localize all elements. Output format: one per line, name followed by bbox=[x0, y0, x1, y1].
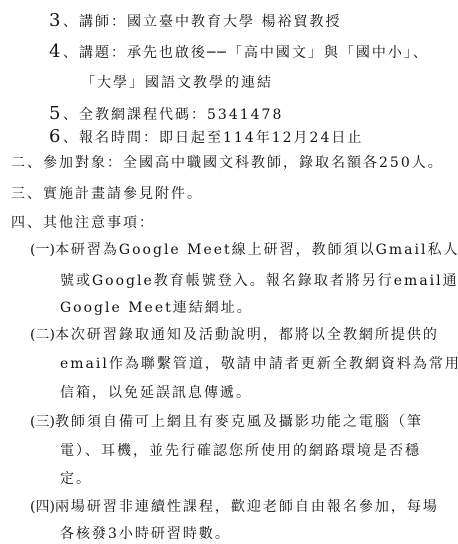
note-text: 信箱，以免延誤訊息傳遞。 bbox=[60, 385, 252, 401]
note-text: 教師須自備可上網且有麥克風及攝影功能之電腦（筆 bbox=[55, 414, 423, 430]
note-3-line-2: 電）、耳機，並先行確認您所使用的網路環境是否穩 bbox=[60, 441, 421, 461]
note-marker: (四) bbox=[30, 499, 55, 515]
note-marker: (一) bbox=[30, 242, 55, 258]
item-text: 、講題：承先也啟後──「高中國文」與「國中小」、 bbox=[63, 45, 429, 61]
item-4-topic-continuation: 「大學」國語文教學的連結 bbox=[81, 73, 273, 93]
item-text: 、報名時間：即日起至114年12月24日止 bbox=[63, 130, 363, 146]
note-1-line-1: (一)本研習為Google Meet線上研習，教師須以Gmail私人帳 bbox=[30, 240, 458, 260]
section-implementation-plan: 三、實施計畫請參見附件。 bbox=[11, 184, 203, 204]
note-text: 各核發3小時研習時數。 bbox=[60, 526, 231, 542]
note-3-line-1: (三)教師須自備可上網且有麥克風及攝影功能之電腦（筆 bbox=[30, 412, 423, 432]
section-text: 三、實施計畫請參見附件。 bbox=[11, 186, 203, 202]
item-text: 、講師：國立臺中教育大學 楊裕貿教授 bbox=[63, 14, 341, 30]
item-number: 5 bbox=[49, 104, 63, 124]
item-6-registration-period: 6、報名時間：即日起至114年12月24日止 bbox=[49, 127, 363, 147]
item-3-speaker: 3、講師：國立臺中教育大學 楊裕貿教授 bbox=[49, 11, 341, 31]
section-text: 二、參加對象：全國高中職國文科教師，錄取名額各250人。 bbox=[11, 155, 444, 171]
note-text: email作為聯繫管道，敬請申請者更新全教網資料為常用 bbox=[60, 356, 458, 372]
note-text: 號或Google教育帳號登入。報名錄取者將另行email通知 bbox=[60, 273, 458, 289]
note-text: 定。 bbox=[60, 471, 92, 487]
item-number: 4 bbox=[49, 42, 63, 62]
note-4-line-2: 各核發3小時研習時數。 bbox=[60, 524, 231, 544]
note-4-line-1: (四)兩場研習非連續性課程，歡迎老師自由報名參加，每場 bbox=[30, 497, 439, 517]
item-number: 3 bbox=[49, 11, 63, 31]
note-text: 本研習為Google Meet線上研習，教師須以Gmail私人帳 bbox=[55, 242, 458, 258]
note-text: Google Meet連結網址。 bbox=[60, 300, 253, 316]
item-5-course-code: 5、全教網課程代碼：5341478 bbox=[49, 104, 283, 124]
note-marker: (二) bbox=[30, 327, 55, 343]
note-marker: (三) bbox=[30, 414, 55, 430]
note-text: 兩場研習非連續性課程，歡迎老師自由報名參加，每場 bbox=[55, 499, 439, 515]
note-2-line-3: 信箱，以免延誤訊息傳遞。 bbox=[60, 383, 252, 403]
note-1-line-2: 號或Google教育帳號登入。報名錄取者將另行email通知 bbox=[60, 271, 458, 291]
note-text: 電）、耳機，並先行確認您所使用的網路環境是否穩 bbox=[60, 443, 421, 459]
note-3-line-3: 定。 bbox=[60, 469, 92, 489]
item-number: 6 bbox=[49, 127, 63, 147]
section-participants: 二、參加對象：全國高中職國文科教師，錄取名額各250人。 bbox=[11, 153, 444, 173]
note-2-line-2: email作為聯繫管道，敬請申請者更新全教網資料為常用 bbox=[60, 354, 458, 374]
item-text: 「大學」國語文教學的連結 bbox=[81, 75, 273, 91]
note-1-line-3: Google Meet連結網址。 bbox=[60, 298, 253, 318]
section-other-notes: 四、其他注意事項： bbox=[11, 213, 155, 233]
item-4-topic: 4、講題：承先也啟後──「高中國文」與「國中小」、 bbox=[49, 42, 429, 62]
item-text: 、全教網課程代碼：5341478 bbox=[63, 107, 283, 123]
note-2-line-1: (二)本次研習錄取通知及活動說明，都將以全教網所提供的 bbox=[30, 325, 439, 345]
section-text: 四、其他注意事項： bbox=[11, 215, 155, 231]
note-text: 本次研習錄取通知及活動說明，都將以全教網所提供的 bbox=[55, 327, 439, 343]
